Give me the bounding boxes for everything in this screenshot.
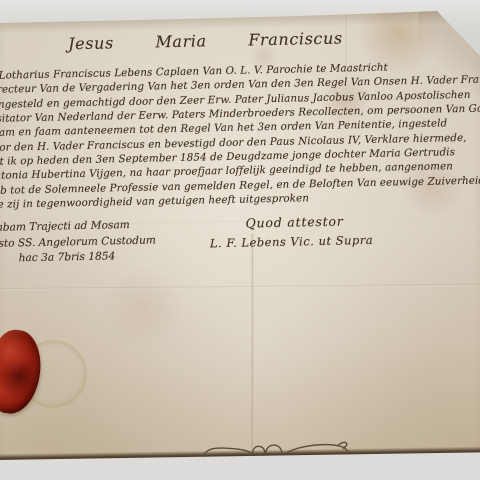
heading-word: Jesus xyxy=(68,33,114,53)
heading-word: Franciscus xyxy=(248,28,343,49)
attestation-phrase: Quod attestor xyxy=(209,213,373,231)
dateline-date: hac 3a 7bris 1854 xyxy=(0,249,156,268)
closing-block: Dabam Trajecti ad Mosam festo SS. Angelo… xyxy=(0,210,480,268)
vertical-fold-crease xyxy=(251,233,254,459)
photo-of-manuscript: Jesus Maria Franciscus Ik Lotharius Fran… xyxy=(0,0,480,480)
attestation-block: Quod attestor L. F. Lebens Vic. ut Supra xyxy=(209,213,373,250)
dateline-block: Dabam Trajecti ad Mosam festo SS. Angelo… xyxy=(0,218,156,268)
handwritten-text-block: Jesus Maria Franciscus Ik Lotharius Fran… xyxy=(0,25,480,268)
horizontal-fold-crease xyxy=(0,284,480,290)
manuscript-paper: Jesus Maria Franciscus Ik Lotharius Fran… xyxy=(0,0,480,480)
attestation-signature-name: L. F. Lebens Vic. ut Supra xyxy=(210,233,374,250)
heading-word: Maria xyxy=(155,31,207,51)
